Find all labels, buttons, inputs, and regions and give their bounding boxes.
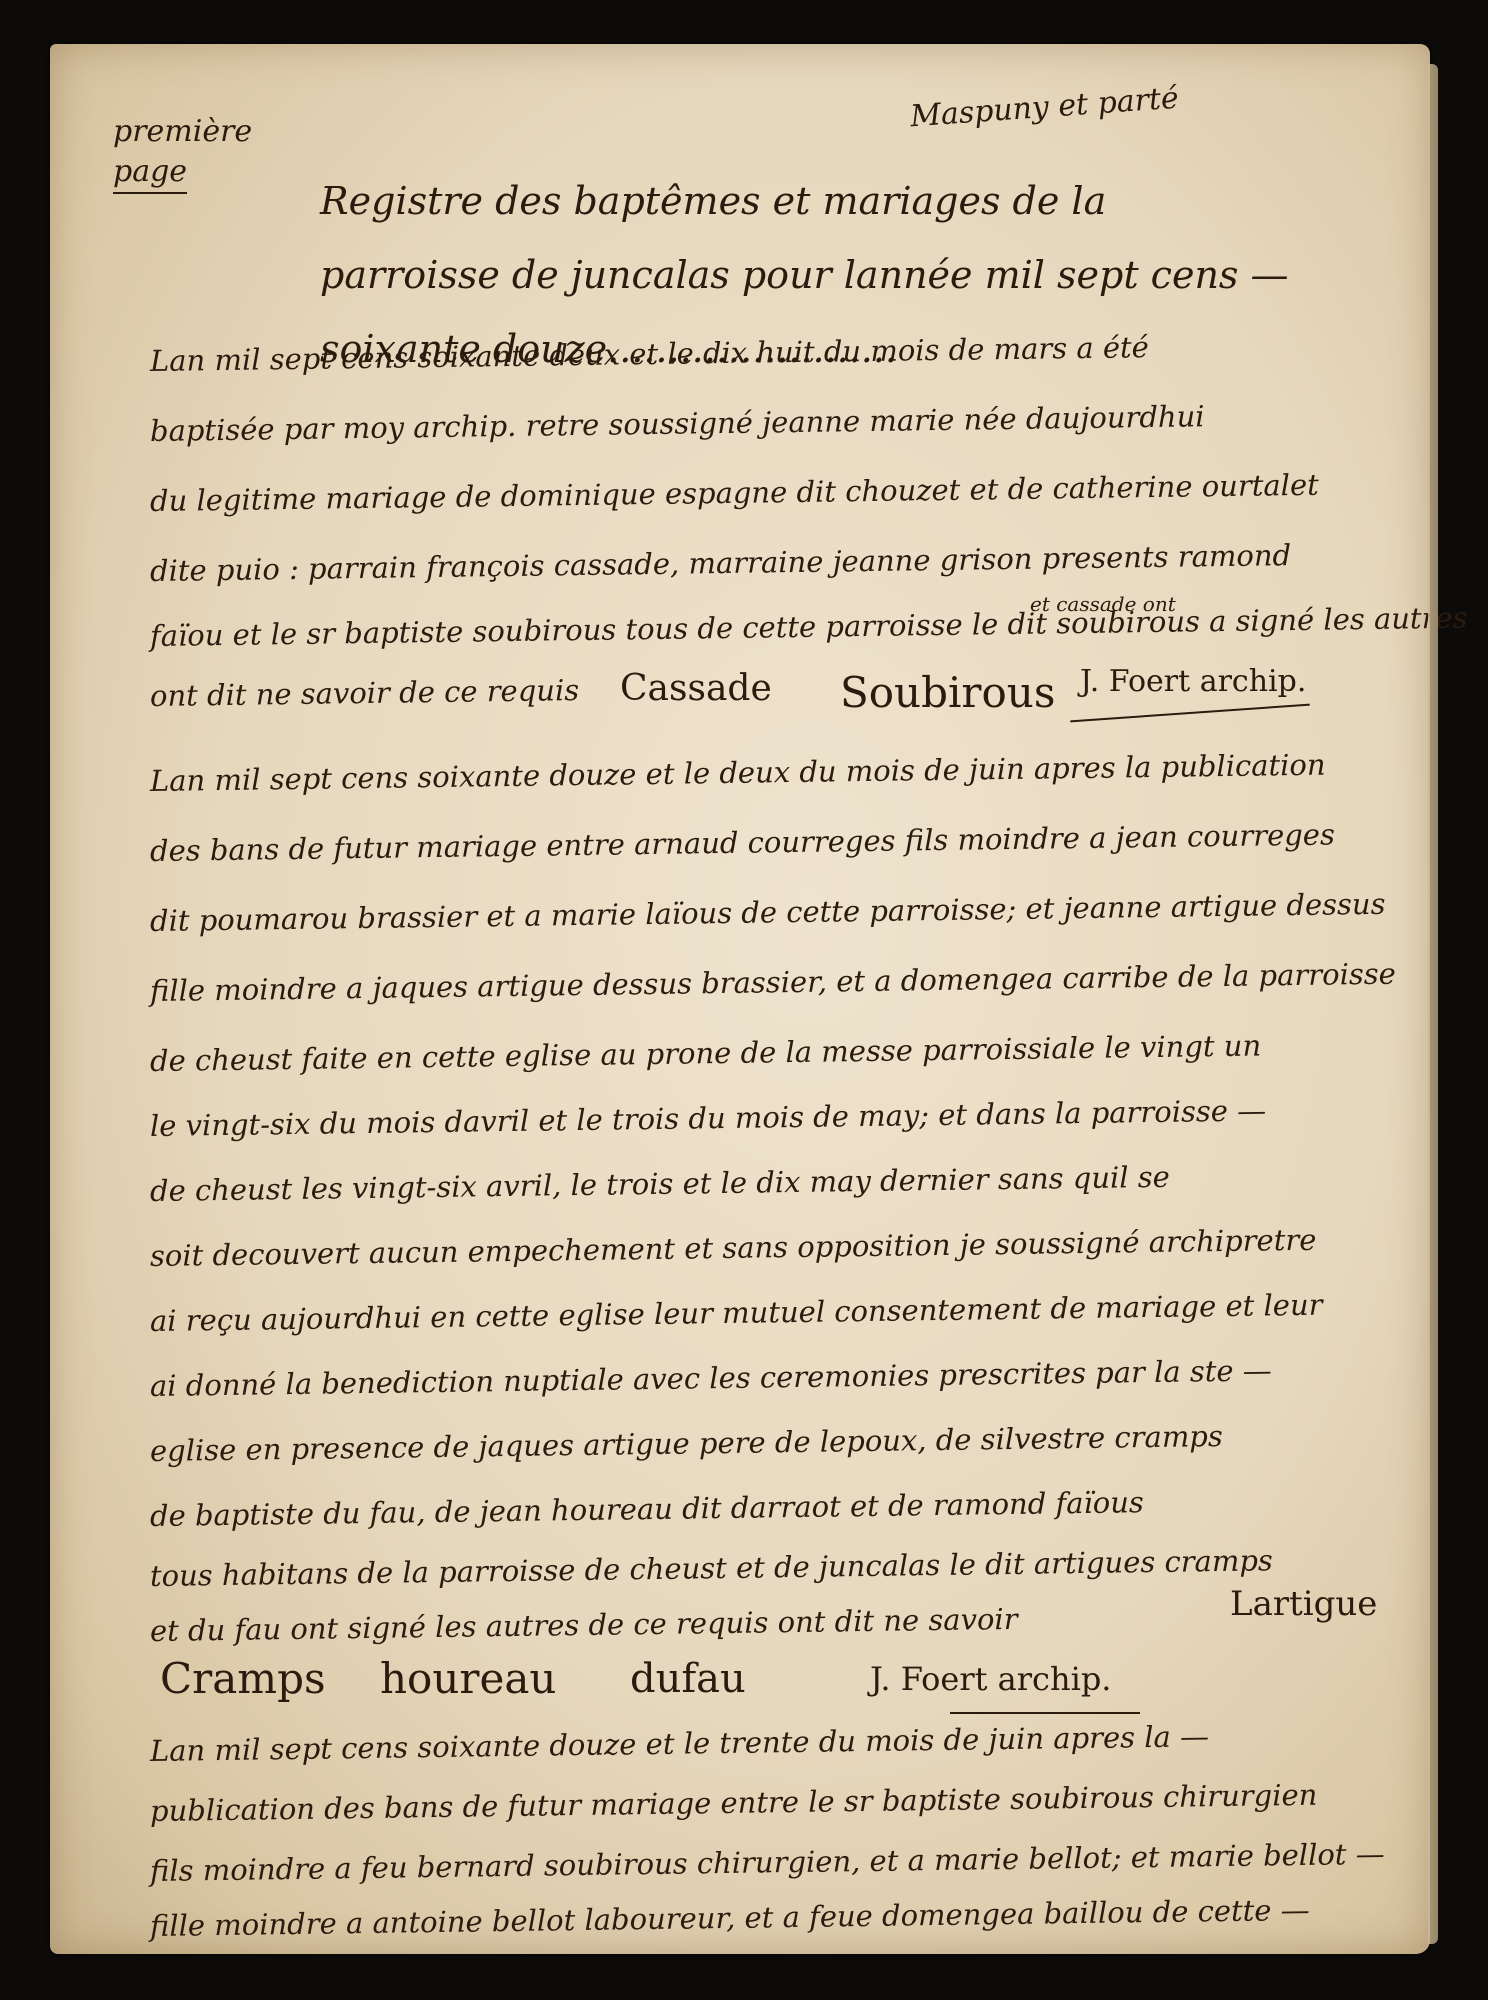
signature: Soubirous bbox=[840, 668, 1055, 717]
entry-line: publication des bans de futur mariage en… bbox=[150, 1778, 1318, 1828]
top-annotation: Maspuny et parté bbox=[909, 81, 1180, 135]
margin-note: première page bbox=[113, 112, 252, 194]
signature-flourish bbox=[1070, 704, 1310, 723]
signature: Cassade bbox=[620, 668, 772, 709]
entry-line: fille moindre a antoine bellot laboureur… bbox=[150, 1893, 1310, 1943]
title-line: parroisse de juncalas pour lannée mil se… bbox=[320, 238, 1289, 312]
signature: dufau bbox=[630, 1656, 746, 1702]
entry-line: le vingt-six du mois davril et le trois … bbox=[150, 1093, 1267, 1143]
signature: houreau bbox=[380, 1654, 556, 1703]
entry-line: Lan mil sept cens soixante douze et le d… bbox=[150, 748, 1326, 798]
signature: J. Foert archip. bbox=[1080, 664, 1306, 699]
signature-flourish bbox=[950, 1712, 1140, 1714]
signature: J. Foert archip. bbox=[870, 1660, 1111, 1698]
entry-line: dite puio : parrain françois cassade, ma… bbox=[150, 538, 1292, 588]
entry-line: soit decouvert aucun empechement et sans… bbox=[150, 1223, 1317, 1273]
entry-line: eglise en presence de jaques artigue per… bbox=[150, 1419, 1223, 1468]
entry-line: dit poumarou brassier et a marie laïous … bbox=[150, 887, 1386, 938]
signature: Lartigue bbox=[1230, 1584, 1377, 1624]
title-line: Registre des baptêmes et mariages de la bbox=[320, 164, 1289, 238]
entry-line: fils moindre a feu bernard soubirous chi… bbox=[150, 1837, 1385, 1888]
entry-line: baptisée par moy archip. retre soussigné… bbox=[150, 399, 1205, 448]
entry-line: Lan mil sept cens soixante douze et le t… bbox=[150, 1719, 1209, 1768]
entry-line: faïou et le sr baptiste soubirous tous d… bbox=[150, 601, 1468, 653]
entry-line: fille moindre a jaques artigue dessus br… bbox=[150, 957, 1396, 1008]
entry-line: tous habitans de la parroisse de cheust … bbox=[150, 1543, 1273, 1593]
signature: Cramps bbox=[160, 1654, 326, 1703]
entry-line: des bans de futur mariage entre arnaud c… bbox=[150, 817, 1335, 868]
margin-note-line: première bbox=[113, 112, 252, 152]
entry-line: de cheust faite en cette eglise au prone… bbox=[150, 1028, 1262, 1078]
entry-line: ont dit ne savoir de ce requis bbox=[150, 673, 580, 713]
register-page: première page Maspuny et parté Registre … bbox=[50, 44, 1430, 1954]
entry-line: ai donné la benediction nuptiale avec le… bbox=[150, 1353, 1272, 1403]
entry-line: de baptiste du fau, de jean houreau dit … bbox=[150, 1485, 1144, 1533]
entry-line: ai reçu aujourdhui en cette eglise leur … bbox=[150, 1288, 1323, 1338]
entry-line: de cheust les vingt-six avril, le trois … bbox=[150, 1160, 1170, 1208]
margin-note-line: page bbox=[113, 152, 187, 194]
entry-line: du legitime mariage de dominique espagne… bbox=[150, 468, 1319, 518]
entry-line: et du fau ont signé les autres de ce req… bbox=[150, 1602, 1018, 1648]
